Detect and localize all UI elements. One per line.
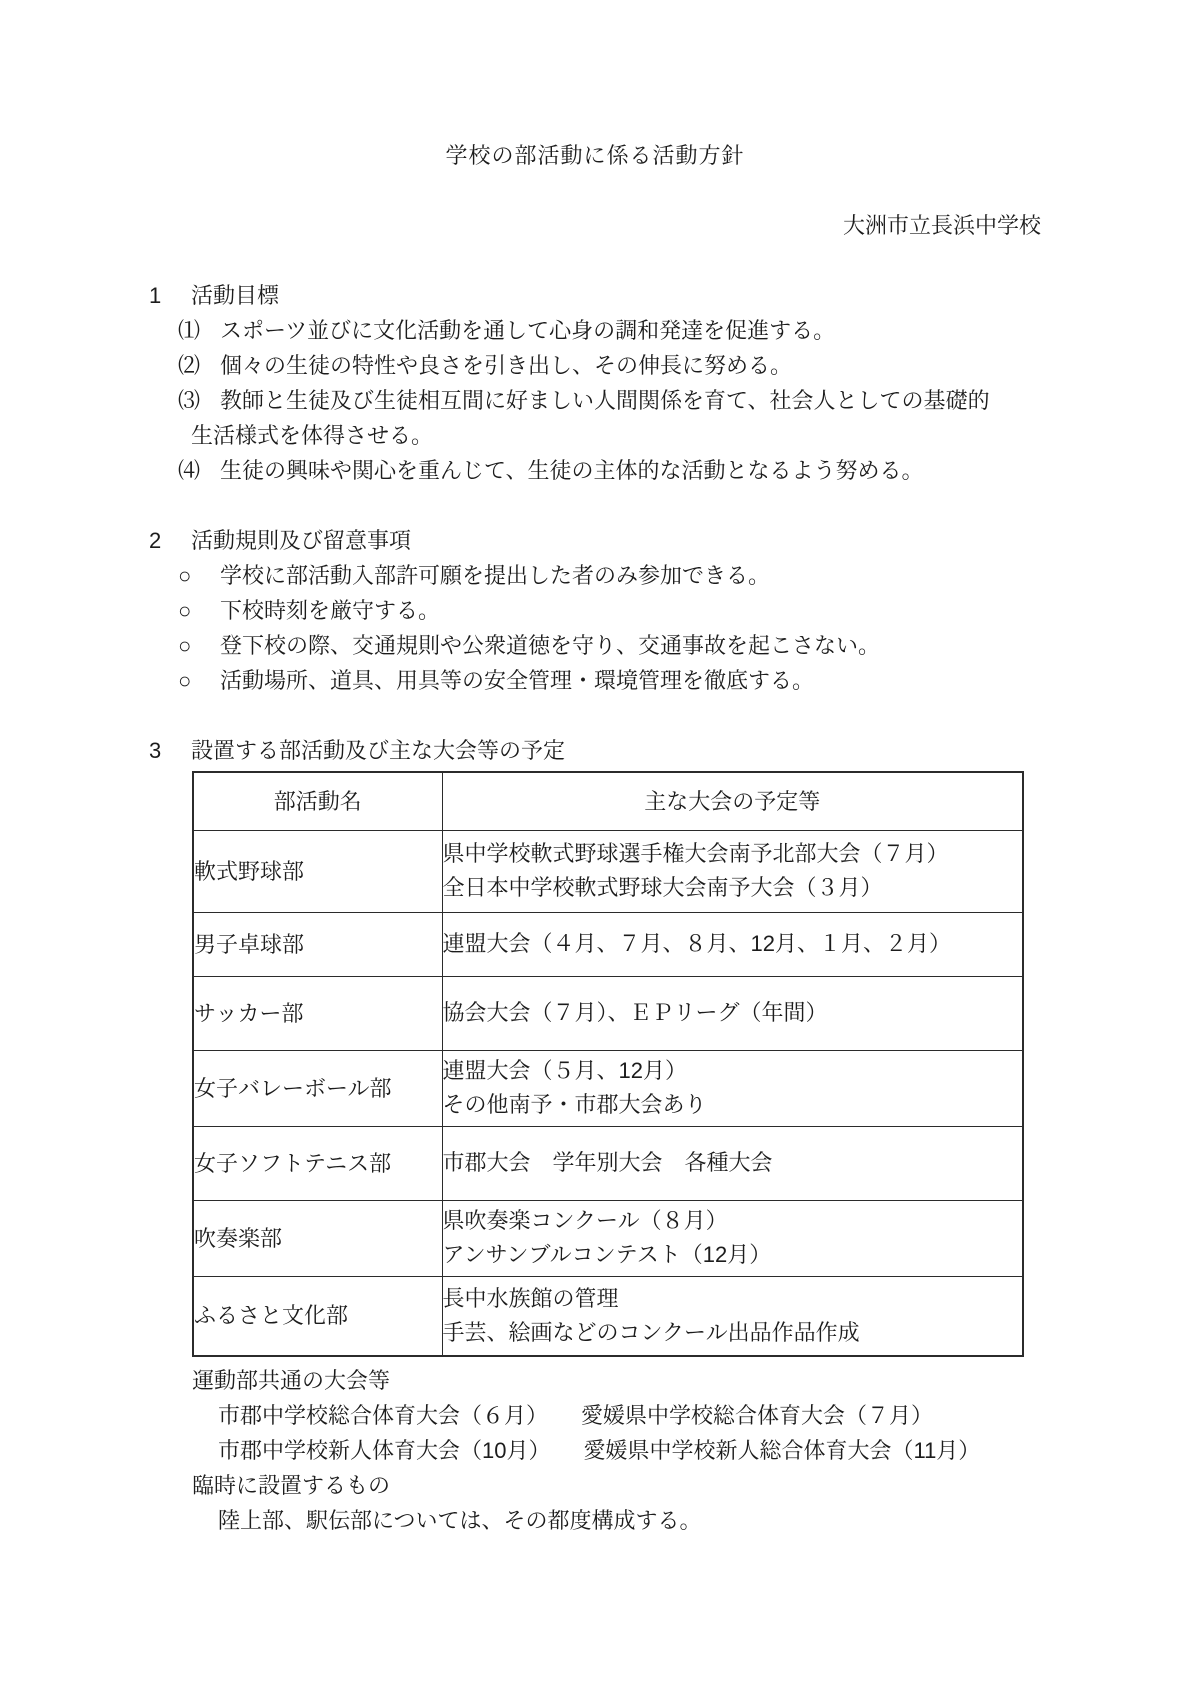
goal-item: ⑵ 個々の生徒の特性や良さを引き出し、その伸長に努める。 bbox=[178, 348, 1041, 383]
goal-item: ⑴ スポーツ並びに文化活動を通して心身の調和発達を促進する。 bbox=[178, 313, 1041, 348]
clubs-table-wrap: 部活動名 主な大会の予定等 軟式野球部県中学校軟式野球選手権大会南予北部大会（７… bbox=[192, 771, 1041, 1357]
goal-item-continuation: 生活様式を体得させる。 bbox=[191, 418, 1041, 453]
note-line: 陸上部、駅伝部については、その都度構成する。 bbox=[218, 1503, 1041, 1538]
item-text: 学校に部活動入部許可願を提出した者のみ参加できる。 bbox=[220, 558, 770, 593]
page-title: 学校の部活動に係る活動方針 bbox=[149, 138, 1041, 173]
school-name: 大洲市立長浜中学校 bbox=[149, 208, 1041, 243]
table-row: 女子バレーボール部連盟大会（５月、12月）その他南予・市郡大会あり bbox=[193, 1050, 1023, 1126]
item-text: 活動場所、道具、用具等の安全管理・環境管理を徹底する。 bbox=[220, 663, 814, 698]
clubs-table: 部活動名 主な大会の予定等 軟式野球部県中学校軟式野球選手権大会南予北部大会（７… bbox=[192, 771, 1024, 1357]
event-line: 全日本中学校軟式野球大会南予大会（３月） bbox=[443, 871, 1023, 905]
section-title: 活動目標 bbox=[191, 278, 279, 313]
club-events-cell: 連盟大会（４月、７月、８月、12月、１月、２月） bbox=[442, 912, 1023, 976]
item-marker: ⑷ bbox=[178, 453, 220, 488]
note-line: 市郡中学校総合体育大会（６月） 愛媛県中学校総合体育大会（７月） bbox=[218, 1398, 1041, 1433]
item-marker: ⑵ bbox=[178, 348, 220, 383]
rule-item: ○ 活動場所、道具、用具等の安全管理・環境管理を徹底する。 bbox=[178, 663, 1041, 698]
club-name-cell: 吹奏楽部 bbox=[193, 1200, 442, 1276]
note-line: 臨時に設置するもの bbox=[192, 1468, 1041, 1503]
clubs-table-body: 軟式野球部県中学校軟式野球選手権大会南予北部大会（７月）全日本中学校軟式野球大会… bbox=[193, 830, 1023, 1356]
section-number: 1 bbox=[149, 278, 191, 313]
item-text: 生活様式を体得させる。 bbox=[191, 418, 433, 453]
item-text: 生徒の興味や関心を重んじて、生徒の主体的な活動となるよう努める。 bbox=[220, 453, 924, 488]
item-text: スポーツ並びに文化活動を通して心身の調和発達を促進する。 bbox=[220, 313, 835, 348]
event-line: 長中水族館の管理 bbox=[443, 1282, 1023, 1316]
item-marker: ⑶ bbox=[178, 383, 220, 418]
club-name-cell: 女子ソフトテニス部 bbox=[193, 1126, 442, 1200]
event-line: 市郡大会 学年別大会 各種大会 bbox=[443, 1146, 1023, 1180]
event-line: 連盟大会（４月、７月、８月、12月、１月、２月） bbox=[443, 927, 1023, 961]
section-title: 活動規則及び留意事項 bbox=[191, 523, 411, 558]
note-line: 運動部共通の大会等 bbox=[192, 1363, 1041, 1398]
club-events-cell: 県吹奏楽コンクール（８月）アンサンブルコンテスト（12月） bbox=[442, 1200, 1023, 1276]
event-line: 連盟大会（５月、12月） bbox=[443, 1054, 1023, 1088]
event-line: 手芸、絵画などのコンクール出品作品作成 bbox=[443, 1316, 1023, 1350]
item-marker: ⑴ bbox=[178, 313, 220, 348]
club-events-cell: 長中水族館の管理手芸、絵画などのコンクール出品作品作成 bbox=[442, 1276, 1023, 1356]
rule-item: ○ 登下校の際、交通規則や公衆道徳を守り、交通事故を起こさない。 bbox=[178, 628, 1041, 663]
circle-bullet: ○ bbox=[178, 663, 220, 698]
event-line: アンサンブルコンテスト（12月） bbox=[443, 1238, 1023, 1272]
section-clubs-heading: 3 設置する部活動及び主な大会等の予定 bbox=[149, 733, 1041, 768]
club-events-cell: 連盟大会（５月、12月）その他南予・市郡大会あり bbox=[442, 1050, 1023, 1126]
event-line: 協会大会（７月）、ＥＰリーグ（年間） bbox=[443, 996, 1023, 1030]
section-goals-heading: 1 活動目標 bbox=[149, 278, 1041, 313]
club-name-cell: 男子卓球部 bbox=[193, 912, 442, 976]
club-name-cell: 軟式野球部 bbox=[193, 830, 442, 912]
table-row: 女子ソフトテニス部市郡大会 学年別大会 各種大会 bbox=[193, 1126, 1023, 1200]
table-row: ふるさと文化部長中水族館の管理手芸、絵画などのコンクール出品作品作成 bbox=[193, 1276, 1023, 1356]
event-line: 県中学校軟式野球選手権大会南予北部大会（７月） bbox=[443, 837, 1023, 871]
event-line: 県吹奏楽コンクール（８月） bbox=[443, 1204, 1023, 1238]
goal-item: ⑷ 生徒の興味や関心を重んじて、生徒の主体的な活動となるよう努める。 bbox=[178, 453, 1041, 488]
circle-bullet: ○ bbox=[178, 593, 220, 628]
item-text: 下校時刻を厳守する。 bbox=[220, 593, 440, 628]
item-text: 教師と生徒及び生徒相互間に好ましい人間関係を育て、社会人としての基礎的 bbox=[220, 383, 990, 418]
column-header-club: 部活動名 bbox=[193, 772, 442, 830]
circle-bullet: ○ bbox=[178, 628, 220, 663]
circle-bullet: ○ bbox=[178, 558, 220, 593]
club-events-cell: 市郡大会 学年別大会 各種大会 bbox=[442, 1126, 1023, 1200]
club-events-cell: 協会大会（７月）、ＥＰリーグ（年間） bbox=[442, 976, 1023, 1050]
table-row: サッカー部協会大会（７月）、ＥＰリーグ（年間） bbox=[193, 976, 1023, 1050]
section-number: 3 bbox=[149, 733, 191, 768]
table-row: 男子卓球部連盟大会（４月、７月、８月、12月、１月、２月） bbox=[193, 912, 1023, 976]
event-line: その他南予・市郡大会あり bbox=[443, 1088, 1023, 1122]
note-line: 市郡中学校新人体育大会（10月） 愛媛県中学校新人総合体育大会（11月） bbox=[218, 1433, 1041, 1468]
document-page: 学校の部活動に係る活動方針 大洲市立長浜中学校 1 活動目標 ⑴ スポーツ並びに… bbox=[0, 0, 1200, 1698]
club-name-cell: サッカー部 bbox=[193, 976, 442, 1050]
table-row: 軟式野球部県中学校軟式野球選手権大会南予北部大会（７月）全日本中学校軟式野球大会… bbox=[193, 830, 1023, 912]
item-text: 登下校の際、交通規則や公衆道徳を守り、交通事故を起こさない。 bbox=[220, 628, 880, 663]
club-name-cell: ふるさと文化部 bbox=[193, 1276, 442, 1356]
section-title: 設置する部活動及び主な大会等の予定 bbox=[191, 733, 565, 768]
goal-item: ⑶ 教師と生徒及び生徒相互間に好ましい人間関係を育て、社会人としての基礎的 bbox=[178, 383, 1041, 418]
club-events-cell: 県中学校軟式野球選手権大会南予北部大会（７月）全日本中学校軟式野球大会南予大会（… bbox=[442, 830, 1023, 912]
rule-item: ○ 学校に部活動入部許可願を提出した者のみ参加できる。 bbox=[178, 558, 1041, 593]
column-header-events: 主な大会の予定等 bbox=[442, 772, 1023, 830]
section-rules-heading: 2 活動規則及び留意事項 bbox=[149, 523, 1041, 558]
club-name-cell: 女子バレーボール部 bbox=[193, 1050, 442, 1126]
item-text: 個々の生徒の特性や良さを引き出し、その伸長に努める。 bbox=[220, 348, 792, 383]
section-number: 2 bbox=[149, 523, 191, 558]
table-row: 吹奏楽部県吹奏楽コンクール（８月）アンサンブルコンテスト（12月） bbox=[193, 1200, 1023, 1276]
table-header-row: 部活動名 主な大会の予定等 bbox=[193, 772, 1023, 830]
notes-block: 運動部共通の大会等 市郡中学校総合体育大会（６月） 愛媛県中学校総合体育大会（７… bbox=[149, 1363, 1041, 1538]
rule-item: ○ 下校時刻を厳守する。 bbox=[178, 593, 1041, 628]
